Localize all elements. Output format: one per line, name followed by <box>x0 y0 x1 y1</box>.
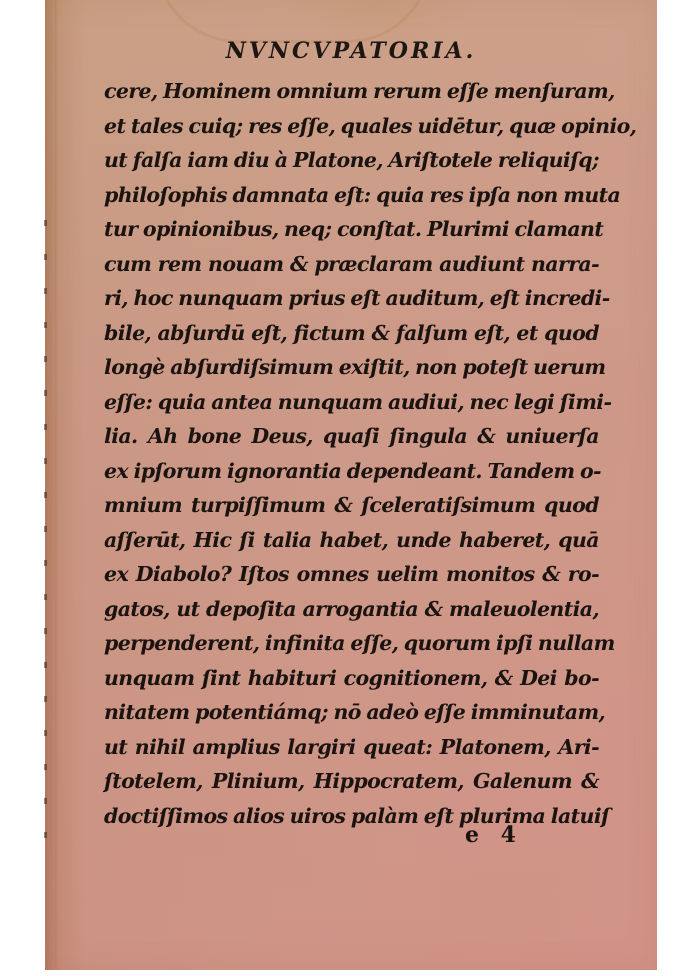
facing-page-bleed-marks <box>44 220 47 860</box>
text-line: cere, Hominem omnium rerum eſſe menſuram… <box>104 74 599 109</box>
text-line: eſſe: quia antea nunquam audiui, nec leg… <box>104 385 599 420</box>
text-line: ut falſa iam diu à Platone, Ariſtotele r… <box>104 143 599 178</box>
text-line: longè abſurdiſsimum exiſtit, non poteſt … <box>104 350 599 385</box>
text-line: ex ipſorum ignorantia dependeant. Tandem… <box>104 454 599 489</box>
signature-mark: e 4 <box>465 822 516 848</box>
text-line: bile, abſurdū eſt, fictum & falſum eſt, … <box>104 316 599 351</box>
text-line: aſſerūt, Hic ſi talia habet, unde habere… <box>104 523 599 558</box>
text-line: mnium turpiſſimum & ſceleratiſsimum quod <box>104 488 599 523</box>
water-stain <box>155 0 431 43</box>
page-gutter-shadow <box>55 0 58 970</box>
text-line: ſtotelem, Plinium, Hippocratem, Galenum … <box>104 764 599 799</box>
body-text: cere, Hominem omnium rerum eſſe menſuram… <box>104 74 599 833</box>
text-line: nitatem potentiámq; nō adeò eſſe imminut… <box>104 695 599 730</box>
book-page: NVNCVPATORIA. cere, Hominem omnium rerum… <box>45 0 657 970</box>
text-line: cum rem nouam & præclaram audiunt narra- <box>104 247 599 282</box>
text-line: perpenderent, infinita eſſe, quorum ipſi… <box>104 626 599 661</box>
text-line: unquam ſint habituri cognitionem, & Dei … <box>104 661 599 696</box>
text-line: gatos, ut depoſita arrogantia & maleuole… <box>104 592 599 627</box>
text-line: ex Diabolo? Iſtos omnes uelim monitos & … <box>104 557 599 592</box>
text-line: philoſophis damnata eſt: quia res ipſa n… <box>104 178 599 213</box>
text-line: doctiſſimos alios uiros palàm eſt plurim… <box>104 799 599 834</box>
text-line: et tales cuiq; res eſſe, quales uidētur,… <box>104 109 599 144</box>
running-head: NVNCVPATORIA. <box>45 38 657 64</box>
text-line: ri, hoc nunquam prius eſt auditum, eſt i… <box>104 281 599 316</box>
text-line: lia. Ah bone Deus, quaſi ſingula & uniue… <box>104 419 599 454</box>
text-line: ut nihil amplius largiri queat: Platonem… <box>104 730 599 765</box>
text-line: tur opinionibus, neq; conſtat. Plurimi c… <box>104 212 599 247</box>
